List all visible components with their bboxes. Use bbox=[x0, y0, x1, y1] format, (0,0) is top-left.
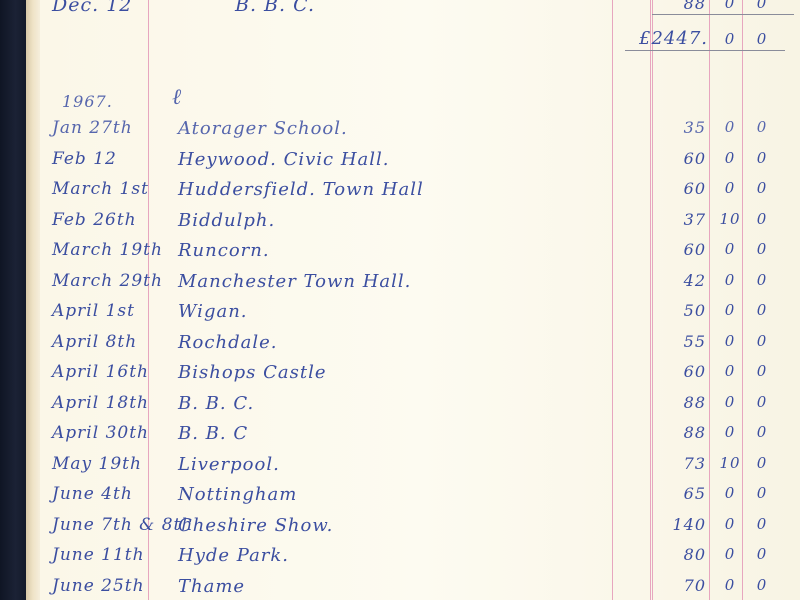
entry-pounds: 65 bbox=[648, 484, 706, 503]
page-edge bbox=[26, 0, 40, 600]
carried-date: Dec. 12 bbox=[52, 0, 132, 16]
entry-shillings: 0 bbox=[717, 179, 743, 197]
entry-date: March 1st bbox=[52, 179, 149, 199]
entry-venue: Cheshire Show. bbox=[178, 515, 333, 536]
entry-shillings: 0 bbox=[717, 332, 743, 350]
cash-column-rule-1 bbox=[612, 0, 613, 600]
entry-shillings: 0 bbox=[717, 423, 743, 441]
entry-pence: 0 bbox=[749, 393, 775, 411]
entry-date: June 4th bbox=[52, 484, 133, 504]
entry-shillings: 0 bbox=[717, 240, 743, 258]
entry-pence: 0 bbox=[749, 423, 775, 441]
entry-shillings: 0 bbox=[717, 301, 743, 319]
entry-shillings: 0 bbox=[717, 545, 743, 563]
carried-shillings: 0 bbox=[717, 0, 743, 12]
entry-venue: Huddersfield. Town Hall bbox=[178, 179, 424, 200]
carried-pence: 0 bbox=[749, 0, 775, 12]
entry-date: June 7th & 8th bbox=[52, 515, 193, 535]
entry-pence: 0 bbox=[749, 149, 775, 167]
entry-venue: Atorager School. bbox=[178, 118, 348, 139]
entry-date: June 25th bbox=[52, 576, 145, 596]
entry-pounds: 60 bbox=[648, 149, 706, 168]
entry-pounds: 88 bbox=[648, 393, 706, 412]
entry-pounds: 70 bbox=[648, 576, 706, 595]
pence-column-rule bbox=[742, 0, 743, 600]
entry-pence: 0 bbox=[749, 118, 775, 136]
entry-pounds: 80 bbox=[648, 545, 706, 564]
subtotal-rule bbox=[652, 14, 794, 15]
entry-date: Feb 12 bbox=[52, 149, 117, 169]
entry-pounds: 42 bbox=[648, 271, 706, 290]
entry-shillings: 0 bbox=[717, 118, 743, 136]
entry-pence: 0 bbox=[749, 545, 775, 563]
entry-date: April 8th bbox=[52, 332, 137, 352]
total-shillings: 0 bbox=[717, 30, 743, 48]
entry-venue: B. B. C bbox=[178, 423, 248, 444]
entry-shillings: 0 bbox=[717, 362, 743, 380]
entry-pence: 0 bbox=[749, 240, 775, 258]
total-pence: 0 bbox=[749, 30, 775, 48]
entry-date: March 29th bbox=[52, 271, 163, 291]
total-pounds: £2447. bbox=[628, 28, 708, 49]
entry-pence: 0 bbox=[749, 179, 775, 197]
entry-date: May 19th bbox=[52, 454, 142, 474]
entry-date: April 30th bbox=[52, 423, 149, 443]
entry-shillings: 0 bbox=[717, 515, 743, 533]
entry-pounds: 55 bbox=[648, 332, 706, 351]
entry-shillings: 0 bbox=[717, 576, 743, 594]
entry-pence: 0 bbox=[749, 515, 775, 533]
shillings-column-rule bbox=[709, 0, 710, 600]
entry-shillings: 10 bbox=[717, 454, 743, 472]
entry-pounds: 60 bbox=[648, 240, 706, 259]
entry-date: April 16th bbox=[52, 362, 149, 382]
entry-pounds: 140 bbox=[648, 515, 706, 534]
entry-pence: 0 bbox=[749, 271, 775, 289]
entry-pounds: 37 bbox=[648, 210, 706, 229]
book-binding bbox=[0, 0, 26, 600]
entry-venue: Nottingham bbox=[178, 484, 297, 505]
entry-pence: 0 bbox=[749, 454, 775, 472]
entry-venue: Rochdale. bbox=[178, 332, 277, 353]
entry-venue: B. B. C. bbox=[178, 393, 254, 414]
entry-date: Feb 26th bbox=[52, 210, 137, 230]
entry-pounds: 88 bbox=[648, 423, 706, 442]
entry-date: Jan 27th bbox=[52, 118, 133, 138]
date-margin-rule bbox=[148, 0, 149, 600]
entry-venue: Runcorn. bbox=[178, 240, 270, 261]
entry-venue: Heywood. Civic Hall. bbox=[178, 149, 390, 170]
entry-venue: Thame bbox=[178, 576, 245, 597]
entry-shillings: 0 bbox=[717, 393, 743, 411]
entry-pounds: 60 bbox=[648, 362, 706, 381]
entry-shillings: 10 bbox=[717, 210, 743, 228]
entry-pence: 0 bbox=[749, 484, 775, 502]
entry-venue: Wigan. bbox=[178, 301, 248, 322]
cash-column-rule-3 bbox=[652, 0, 653, 600]
entry-venue: Liverpool. bbox=[178, 454, 280, 475]
entry-venue: Hyde Park. bbox=[178, 545, 289, 566]
entry-shillings: 0 bbox=[717, 149, 743, 167]
entry-pence: 0 bbox=[749, 332, 775, 350]
carried-pounds: 88 bbox=[648, 0, 706, 13]
entry-shillings: 0 bbox=[717, 271, 743, 289]
entry-shillings: 0 bbox=[717, 484, 743, 502]
entry-date: March 19th bbox=[52, 240, 163, 260]
entry-pounds: 73 bbox=[648, 454, 706, 473]
entry-pence: 0 bbox=[749, 576, 775, 594]
entry-date: April 18th bbox=[52, 393, 149, 413]
cash-column-rule-2 bbox=[650, 0, 651, 600]
entry-date: April 1st bbox=[52, 301, 135, 321]
entry-pence: 0 bbox=[749, 301, 775, 319]
entry-venue: Biddulph. bbox=[178, 210, 275, 231]
entry-venue: Manchester Town Hall. bbox=[178, 271, 411, 292]
year-heading: 1967. bbox=[62, 92, 113, 111]
ditto-mark: ℓ bbox=[172, 84, 182, 110]
entry-venue: Bishops Castle bbox=[178, 362, 327, 383]
carried-venue: B. B. C. bbox=[235, 0, 315, 16]
entry-pence: 0 bbox=[749, 210, 775, 228]
entry-pounds: 35 bbox=[648, 118, 706, 137]
entry-pounds: 50 bbox=[648, 301, 706, 320]
total-rule bbox=[625, 50, 785, 51]
entry-date: June 11th bbox=[52, 545, 145, 565]
entry-pence: 0 bbox=[749, 362, 775, 380]
ledger-page bbox=[40, 0, 800, 600]
entry-pounds: 60 bbox=[648, 179, 706, 198]
